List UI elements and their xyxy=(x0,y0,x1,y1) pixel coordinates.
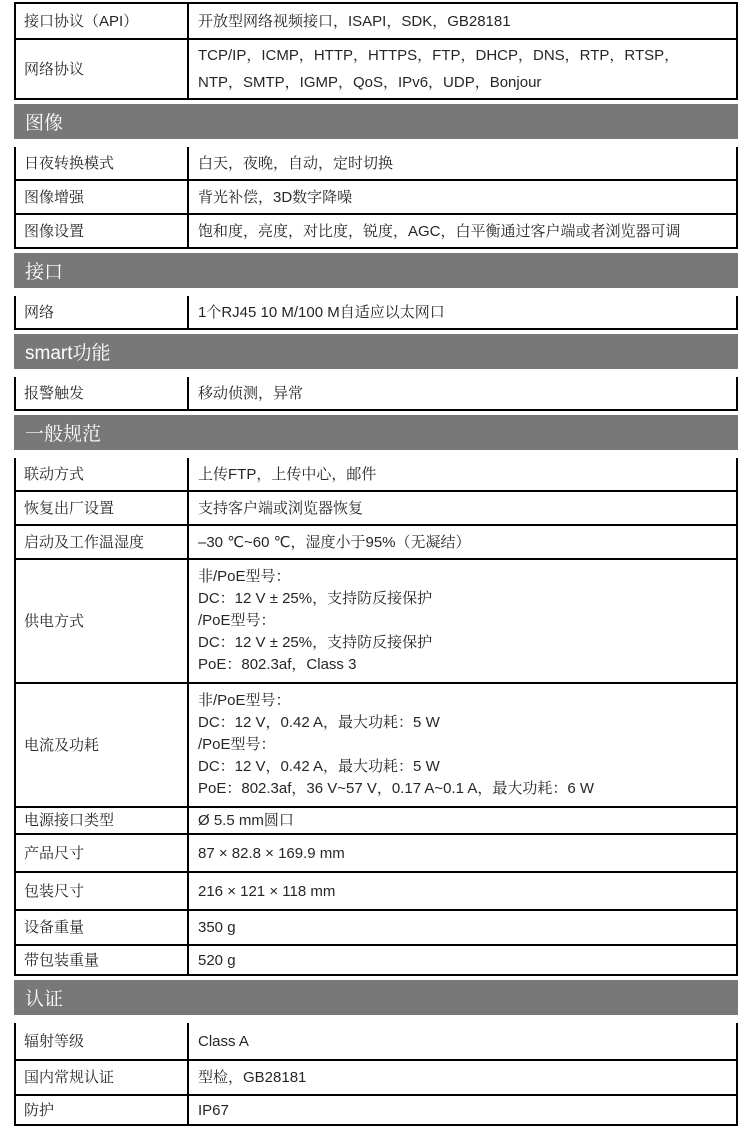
spec-label: 恢复出厂设置 xyxy=(16,492,189,524)
row-linkage-method: 联动方式 上传FTP，上传中心，邮件 xyxy=(14,458,738,492)
row-power-supply: 供电方式 非/PoE型号： DC：12 V ± 25%，支持防反接保护 /PoE… xyxy=(14,560,738,684)
spec-label: 设备重量 xyxy=(16,911,189,944)
spec-value-line: /PoE型号： xyxy=(198,734,276,756)
page: 接口协议（API） 开放型网络视频接口，ISAPI，SDK，GB28181 网络… xyxy=(0,0,750,1133)
row-day-night-mode: 日夜转换模式 白天，夜晚，自动，定时切换 xyxy=(14,147,738,181)
row-current-power-consumption: 电流及功耗 非/PoE型号： DC：12 V，0.42 A，最大功耗：5 W /… xyxy=(14,684,738,808)
spec-label: 包装尺寸 xyxy=(16,873,189,909)
spec-value-line: NTP，SMTP，IGMP，QoS，IPv6，UDP，Bonjour xyxy=(198,69,541,96)
spec-label: 图像设置 xyxy=(16,215,189,247)
spec-label: 电流及功耗 xyxy=(16,684,189,806)
spec-value-line: DC：12 V ± 25%，支持防反接保护 xyxy=(198,588,432,610)
row-power-connector-type: 电源接口类型 Ø 5.5 mm圆口 xyxy=(14,808,738,835)
spec-value: 支持客户端或浏览器恢复 xyxy=(189,492,736,524)
spec-label: 带包装重量 xyxy=(16,946,189,974)
row-domestic-certification: 国内常规认证 型检，GB28181 xyxy=(14,1061,738,1096)
spec-value: 1个RJ45 10 M/100 M自适应以太网口 xyxy=(189,296,736,328)
spec-label: 报警触发 xyxy=(16,377,189,409)
spec-label: 日夜转换模式 xyxy=(16,147,189,179)
spec-value: 216 × 121 × 118 mm xyxy=(189,873,736,909)
row-api-protocol: 接口协议（API） 开放型网络视频接口，ISAPI，SDK，GB28181 xyxy=(14,2,738,40)
spec-value: Class A xyxy=(189,1023,736,1059)
section-interface: 接口 xyxy=(14,253,738,288)
spec-value: 开放型网络视频接口，ISAPI，SDK，GB28181 xyxy=(189,4,736,38)
spec-value-line: TCP/IP，ICMP，HTTP，HTTPS，FTP，DHCP，DNS，RTP，… xyxy=(198,42,679,69)
row-network: 网络 1个RJ45 10 M/100 M自适应以太网口 xyxy=(14,296,738,330)
row-network-protocol: 网络协议 TCP/IP，ICMP，HTTP，HTTPS，FTP，DHCP，DNS… xyxy=(14,40,738,100)
row-image-settings: 图像设置 饱和度，亮度，对比度，锐度，AGC，白平衡通过客户端或者浏览器可调 xyxy=(14,215,738,249)
spec-value: 背光补偿，3D数字降噪 xyxy=(189,181,736,213)
spec-value: 移动侦测，异常 xyxy=(189,377,736,409)
row-product-dimensions: 产品尺寸 87 × 82.8 × 169.9 mm xyxy=(14,835,738,873)
spec-value: 非/PoE型号： DC：12 V ± 25%，支持防反接保护 /PoE型号： D… xyxy=(189,560,736,682)
spec-value: 型检，GB28181 xyxy=(189,1061,736,1094)
spec-table: 接口协议（API） 开放型网络视频接口，ISAPI，SDK，GB28181 网络… xyxy=(14,2,738,1126)
spec-label: 国内常规认证 xyxy=(16,1061,189,1094)
spec-label: 电源接口类型 xyxy=(16,808,189,833)
spec-label: 图像增强 xyxy=(16,181,189,213)
spec-label: 启动及工作温湿度 xyxy=(16,526,189,558)
spec-label: 防护 xyxy=(16,1096,189,1124)
spec-value: 350 g xyxy=(189,911,736,944)
spec-value: Ø 5.5 mm圆口 xyxy=(189,808,736,833)
row-device-weight: 设备重量 350 g xyxy=(14,911,738,946)
spec-value-line: 非/PoE型号： xyxy=(198,566,291,588)
spec-value: –30 ℃~60 ℃，湿度小于95%（无凝结） xyxy=(189,526,736,558)
row-package-dimensions: 包装尺寸 216 × 121 × 118 mm xyxy=(14,873,738,911)
spec-label: 辐射等级 xyxy=(16,1023,189,1059)
spec-value-line: DC：12 V，0.42 A，最大功耗：5 W xyxy=(198,756,440,778)
spec-value: 非/PoE型号： DC：12 V，0.42 A，最大功耗：5 W /PoE型号：… xyxy=(189,684,736,806)
row-radiation-class: 辐射等级 Class A xyxy=(14,1023,738,1061)
section-certification: 认证 xyxy=(14,980,738,1015)
spec-value: 白天，夜晚，自动，定时切换 xyxy=(189,147,736,179)
row-package-weight: 带包装重量 520 g xyxy=(14,946,738,976)
section-general-spec: 一般规范 xyxy=(14,415,738,450)
spec-value-line: DC：12 V，0.42 A，最大功耗：5 W xyxy=(198,712,440,734)
spec-value-line: 非/PoE型号： xyxy=(198,690,291,712)
row-factory-reset: 恢复出厂设置 支持客户端或浏览器恢复 xyxy=(14,492,738,526)
spec-value: 520 g xyxy=(189,946,736,974)
spec-label: 联动方式 xyxy=(16,458,189,490)
section-smart-function: smart功能 xyxy=(14,334,738,369)
row-alarm-trigger: 报警触发 移动侦测，异常 xyxy=(14,377,738,411)
spec-label: 供电方式 xyxy=(16,560,189,682)
spec-value: 87 × 82.8 × 169.9 mm xyxy=(189,835,736,871)
spec-label: 网络 xyxy=(16,296,189,328)
spec-value: IP67 xyxy=(189,1096,736,1124)
spec-value-line: /PoE型号： xyxy=(198,610,276,632)
row-operating-temp-humidity: 启动及工作温湿度 –30 ℃~60 ℃，湿度小于95%（无凝结） xyxy=(14,526,738,560)
spec-value: 饱和度，亮度，对比度，锐度，AGC，白平衡通过客户端或者浏览器可调 xyxy=(189,215,736,247)
spec-value-line: DC：12 V ± 25%，支持防反接保护 xyxy=(198,632,432,654)
row-protection-rating: 防护 IP67 xyxy=(14,1096,738,1126)
spec-label: 接口协议（API） xyxy=(16,4,189,38)
spec-value: TCP/IP，ICMP，HTTP，HTTPS，FTP，DHCP，DNS，RTP，… xyxy=(189,40,736,98)
spec-label: 网络协议 xyxy=(16,40,189,98)
spec-label: 产品尺寸 xyxy=(16,835,189,871)
spec-value-line: PoE：802.3af，Class 3 xyxy=(198,654,356,676)
row-image-enhancement: 图像增强 背光补偿，3D数字降噪 xyxy=(14,181,738,215)
spec-value-line: PoE：802.3af，36 V~57 V，0.17 A~0.1 A，最大功耗：… xyxy=(198,778,594,800)
section-image: 图像 xyxy=(14,104,738,139)
spec-value: 上传FTP，上传中心，邮件 xyxy=(189,458,736,490)
